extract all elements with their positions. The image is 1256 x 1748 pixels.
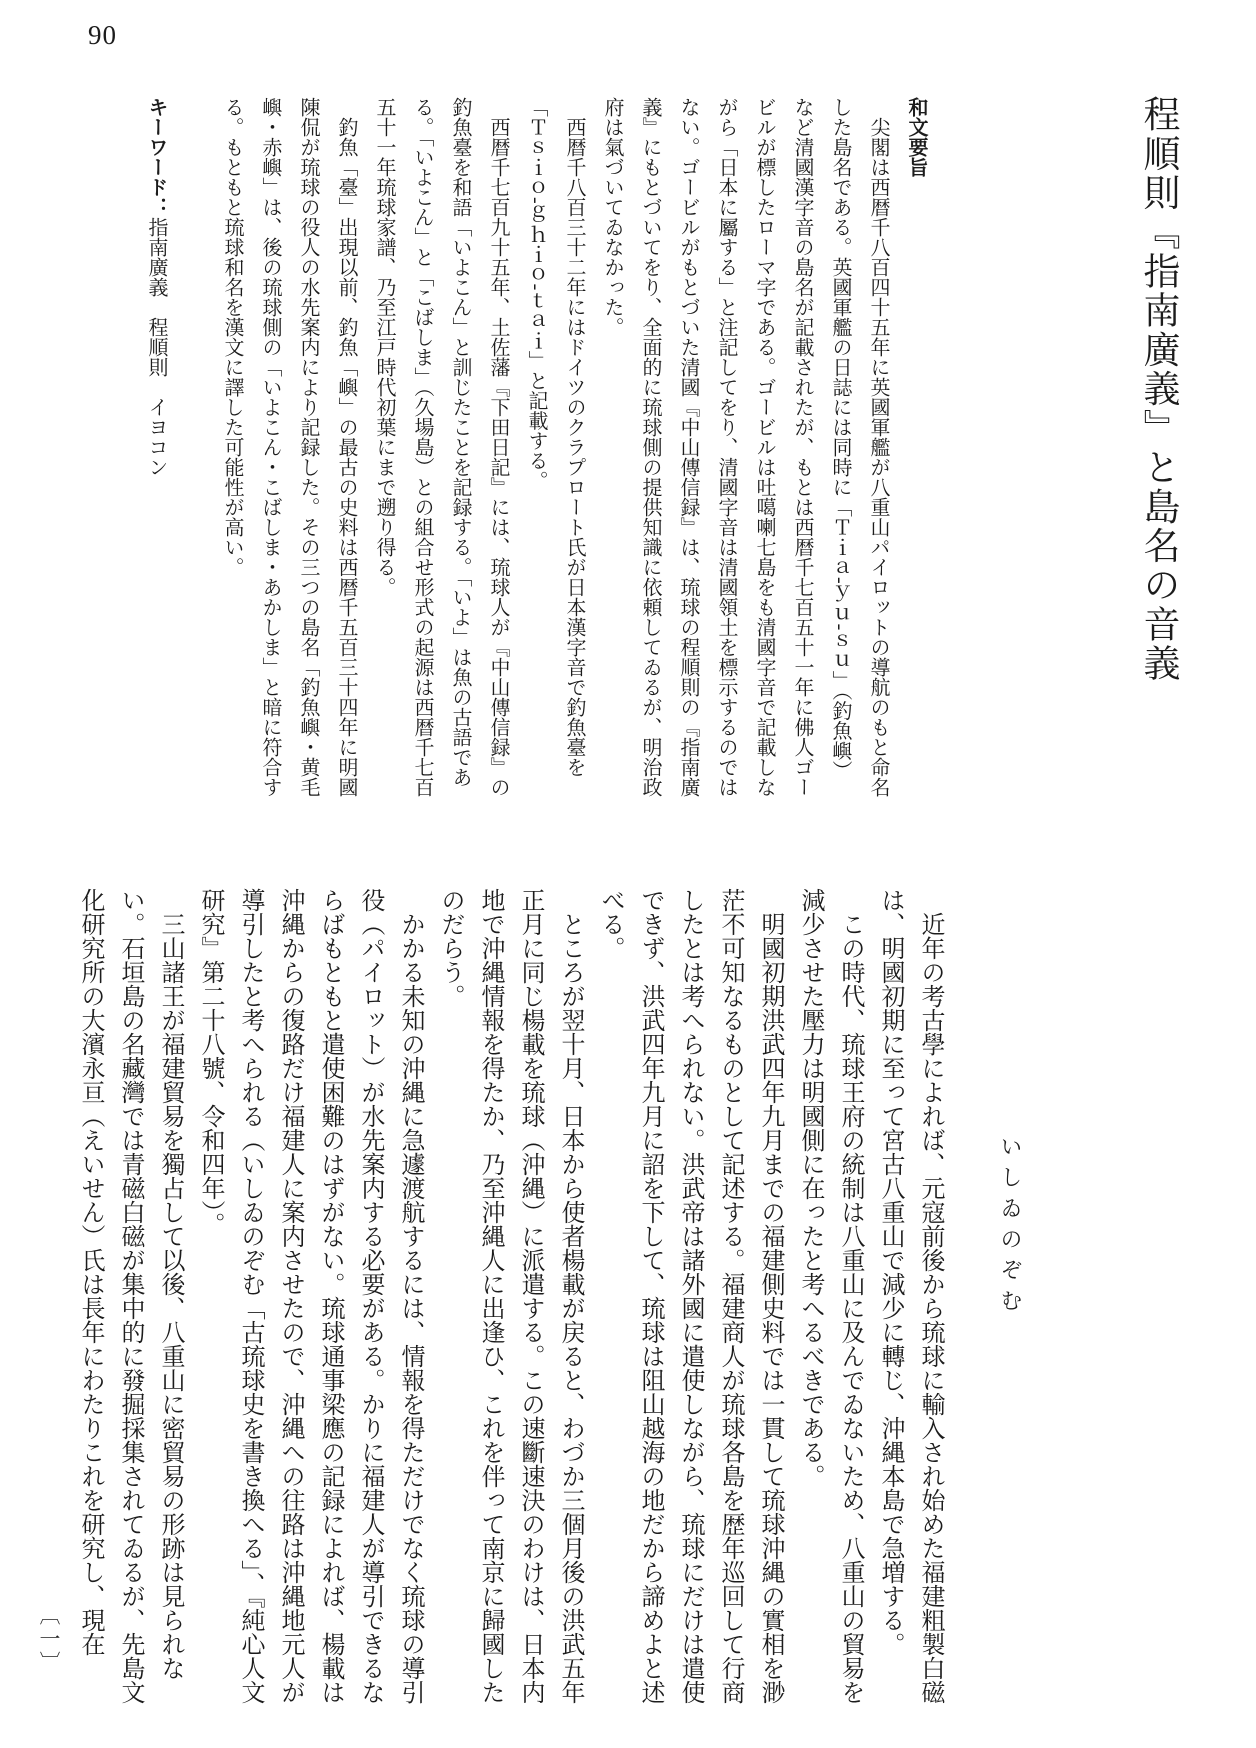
abstract-paragraph-3: 西暦千七百九十五年、土佐藩『下田日記』には、琉球人が『中山傳信録』の釣魚臺を和語… — [365, 97, 517, 797]
body-paragraph-3: 明國初期洪武四年九月までの福建側史料では一貫して琉球沖縄の實相を渺茫不可知なるも… — [590, 888, 790, 1704]
body-paragraph-2: この時代、琉球王府の統制は八重山に及んでゐないため、八重山の貿易を減少させた壓力… — [790, 888, 870, 1704]
author-name: いしゐのぞむ — [995, 1135, 1026, 1320]
abstract-heading: 和文要旨 — [897, 97, 935, 797]
body-paragraph-4: ところが翌十月、日本から使者楊載が戻ると、わづか三個月後の洪武五年正月に同じ楊載… — [430, 888, 590, 1704]
keywords-label: キーワード： — [145, 97, 167, 217]
abstract-paragraph-1: 尖閣は西暦千八百四十五年に英國軍艦が八重山パイロットの導航のもと命名した島名であ… — [593, 97, 897, 797]
abstract-paragraph-2: 西暦千八百三十二年にはドイツのクラプロート氏が日本漢字音で釣魚臺を「Ｔｓｉｏ‐ｇ… — [517, 97, 593, 797]
body-paragraph-1: 近年の考古學によれば、元寇前後から琉球に輸入され始めた福建粗製白磁は、明國初期に… — [870, 888, 950, 1704]
abstract-paragraph-4: 釣魚「臺」出現以前、釣魚「嶼」の最古の史料は西暦千五百三十四年に明國陳侃が琉球の… — [213, 97, 365, 797]
body-paragraph-5: かかる未知の沖縄に急遽渡航するには、情報を得ただけでなく琉球の導引役（パイロット… — [190, 888, 430, 1704]
body-section: 近年の考古學によれば、元寇前後から琉球に輸入され始めた福建粗製白磁は、明國初期に… — [66, 888, 950, 1704]
page-number: 90 — [88, 20, 117, 51]
body-paragraph-6: 三山諸王が福建貿易を獨占して以後、八重山に密貿易の形跡は見られない。石垣島の名藏… — [70, 888, 190, 1704]
paper-page: 90 程順則『指南廣義』と島名の音義 いしゐのぞむ 和文要旨 尖閣は西暦千八百四… — [0, 0, 1256, 1748]
keywords-line: キーワード：指南廣義 程順則 イヨコン — [137, 97, 175, 797]
abstract-section: 和文要旨 尖閣は西暦千八百四十五年に英國軍艦が八重山パイロットの導航のもと命名し… — [125, 97, 935, 797]
folio-marker: 〔一〕 — [34, 1604, 64, 1675]
article-title: 程順則『指南廣義』と島名の音義 — [1130, 95, 1184, 835]
keywords-terms: 指南廣義 程順則 イヨコン — [145, 217, 167, 477]
